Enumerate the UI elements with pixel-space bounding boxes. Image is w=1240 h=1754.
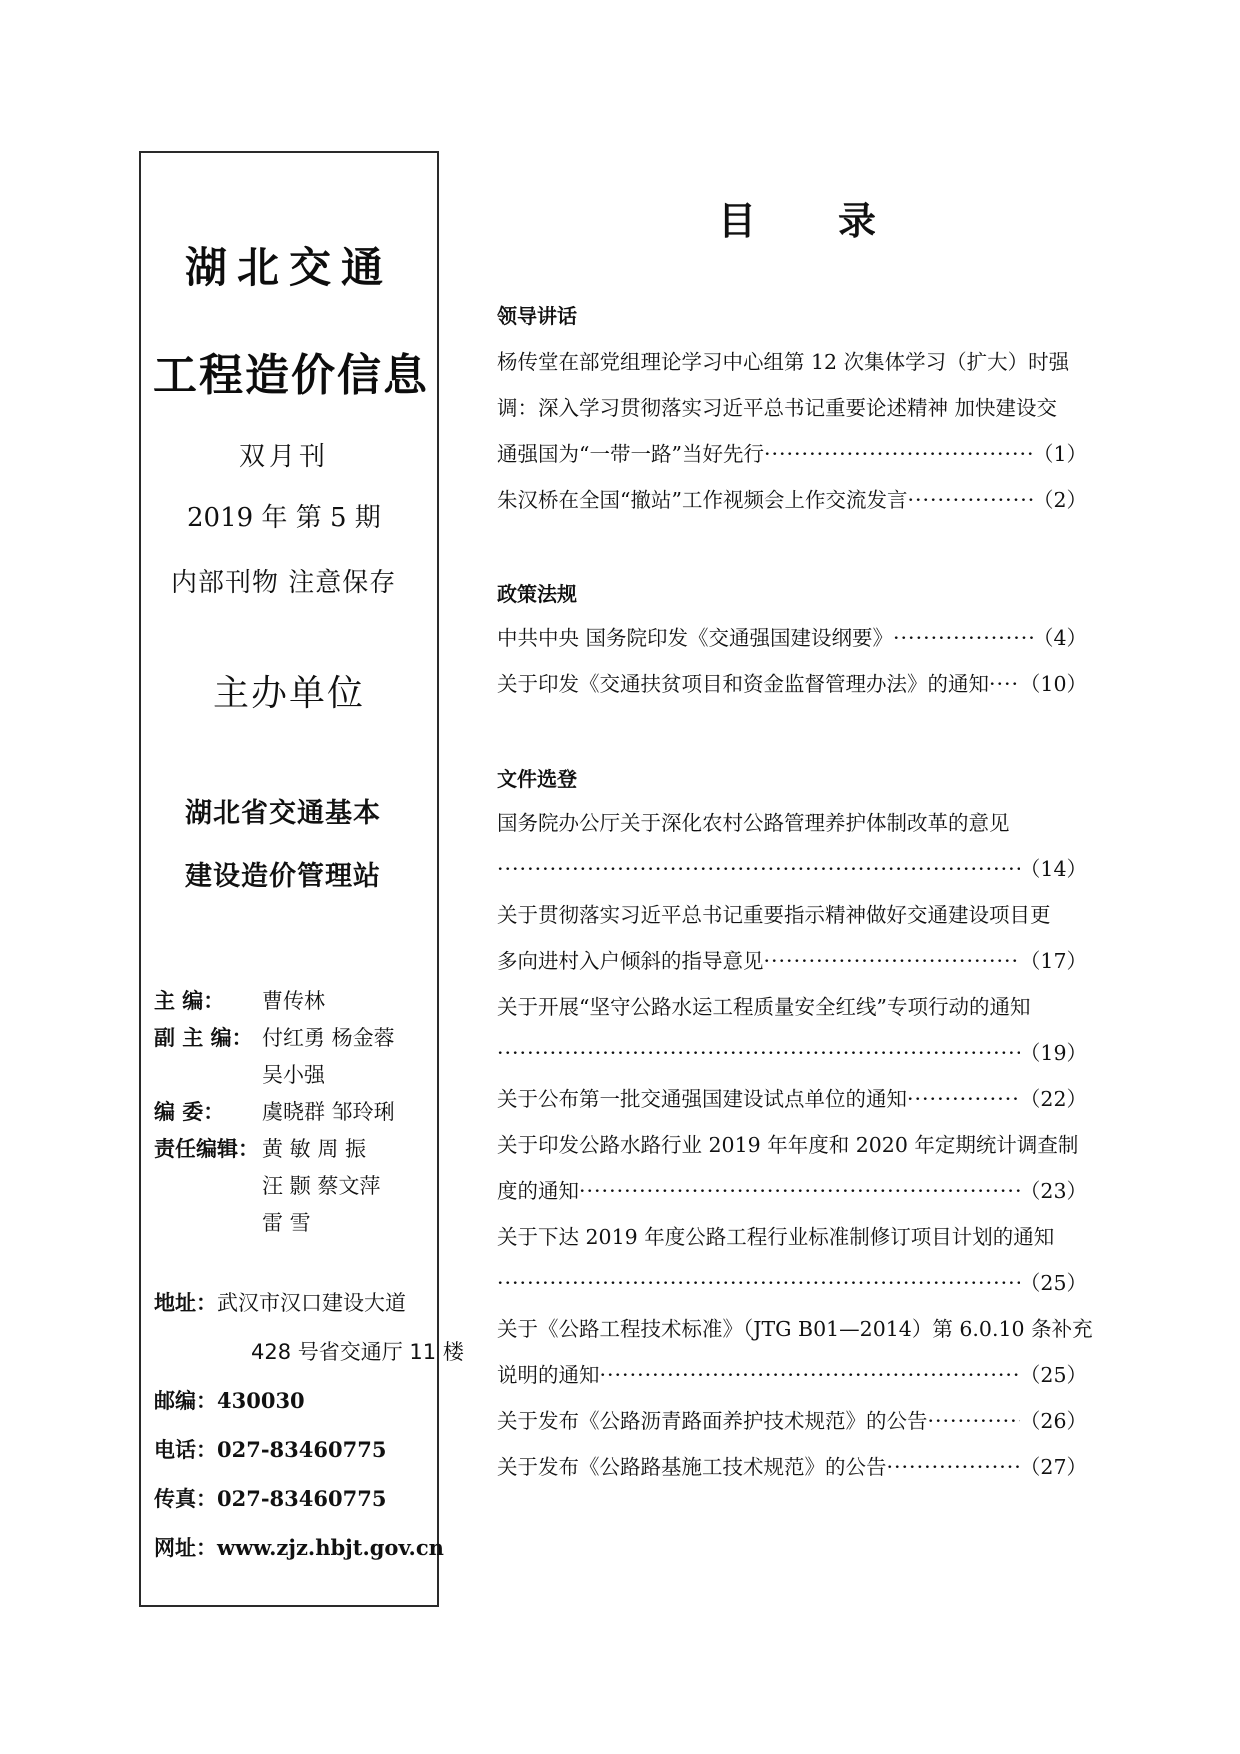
contact-label: 地址：	[154, 1291, 217, 1315]
toc-entry-cont[interactable]: 多向进村入户倾斜的指导意见（17）	[497, 944, 1087, 974]
toc-entry[interactable]: 国务院办公厅关于深化农村公路管理养护体制改革的意见	[497, 806, 1087, 836]
contact-website: 网址：www.zjz.hbjt.gov.cn	[154, 1532, 444, 1562]
contact-fax: 传真：027-83460775	[154, 1483, 386, 1513]
contact-label: 电话：	[154, 1438, 217, 1462]
toc-entry-cont[interactable]: （25）	[497, 1266, 1087, 1296]
page-number: （1）	[1033, 437, 1087, 467]
contact-address: 地址：武汉市汉口建设大道	[154, 1287, 406, 1317]
contact-label: 邮编：	[154, 1389, 217, 1413]
page-number: （17）	[1020, 944, 1087, 974]
leader-dots	[907, 488, 1032, 512]
staff-label: 副 主 编：	[154, 1022, 264, 1052]
staff-label: 责任编辑：	[154, 1133, 264, 1163]
leader-dots	[579, 1179, 1020, 1203]
toc-entry[interactable]: 关于发布《公路沥青路面养护技术规范》的公告（26）	[497, 1404, 1087, 1434]
publication-frequency: 双月刊	[239, 436, 329, 473]
leader-dots	[989, 672, 1020, 696]
page-number: （14）	[1020, 852, 1087, 882]
postcode-value: 430030	[217, 1388, 305, 1413]
leader-dots	[497, 1041, 1020, 1065]
journal-title-line2: 工程造价信息	[153, 339, 429, 403]
leader-dots	[497, 1271, 1020, 1295]
toc-entry[interactable]: 关于印发《交通扶贫项目和资金监督管理办法》的通知（10）	[497, 667, 1087, 697]
internal-notice: 内部刊物 注意保存	[171, 562, 396, 599]
toc-entry[interactable]: 关于下达 2019 年度公路工程行业标准制修订项目计划的通知	[497, 1220, 1087, 1250]
toc-entry-cont[interactable]: 调：深入学习贯彻落实习近平总书记重要论述精神 加快建设交	[497, 391, 1087, 421]
leader-dots	[764, 442, 1033, 466]
toc-entry[interactable]: 关于印发公路水路行业 2019 年年度和 2020 年定期统计调查制	[497, 1128, 1087, 1158]
toc-entry[interactable]: 杨传堂在部党组理论学习中心组第 12 次集体学习（扩大）时强	[497, 345, 1087, 375]
staff-value: 付红勇 杨金蓉	[262, 1022, 395, 1052]
page-number: （25）	[1020, 1266, 1087, 1296]
toc-entry-cont[interactable]: （14）	[497, 852, 1087, 882]
toc-entry-cont[interactable]: 通强国为“一带一路”当好先行（1）	[497, 437, 1087, 467]
toc-entry[interactable]: 关于贯彻落实习近平总书记重要指示精神做好交通建设项目更	[497, 898, 1087, 928]
contact-phone: 电话：027-83460775	[154, 1434, 386, 1464]
leader-dots	[887, 1455, 1020, 1479]
page-number: （4）	[1033, 621, 1087, 651]
page-number: （22）	[1020, 1082, 1087, 1112]
address-line2: 428 号省交通厅 11 楼	[251, 1340, 464, 1364]
contact-label: 传真：	[154, 1487, 217, 1511]
host-org-line2: 建设造价管理站	[185, 854, 381, 893]
section-heading-selected-documents: 文件选登	[497, 763, 577, 792]
contact-postcode: 邮编：430030	[154, 1385, 305, 1415]
leader-dots	[928, 1409, 1020, 1433]
staff-label: 主 编：	[154, 985, 264, 1015]
toc-entry-cont[interactable]: （19）	[497, 1036, 1087, 1066]
staff-value: 虞晓群 邹玲琍	[262, 1096, 395, 1126]
staff-value: 吴小强	[262, 1059, 325, 1089]
page-number: （10）	[1020, 667, 1087, 697]
toc-entry[interactable]: 关于开展“坚守公路水运工程质量安全红线”专项行动的通知	[497, 990, 1087, 1020]
page-number: （23）	[1020, 1174, 1087, 1204]
staff-value: 雷 雪	[262, 1207, 311, 1237]
page-number: （27）	[1020, 1450, 1087, 1480]
staff-label: 编 委：	[154, 1096, 264, 1126]
contact-address-cont: 428 号省交通厅 11 楼	[251, 1336, 464, 1366]
issue-number: 2019 年 第 5 期	[187, 497, 381, 534]
staff-value: 曹传林	[262, 985, 325, 1015]
staff-value: 汪 颢 蔡文萍	[262, 1170, 380, 1200]
contact-label: 网址：	[154, 1536, 217, 1560]
fax-value: 027-83460775	[217, 1486, 386, 1511]
leader-dots	[907, 1087, 1020, 1111]
toc-entry[interactable]: 关于公布第一批交通强国建设试点单位的通知（22）	[497, 1082, 1087, 1112]
phone-value: 027-83460775	[217, 1437, 386, 1462]
toc-entry[interactable]: 关于《公路工程技术标准》（JTG B01—2014）第 6.0.10 条补充	[497, 1312, 1087, 1342]
website-link[interactable]: www.zjz.hbjt.gov.cn	[217, 1535, 444, 1560]
page-number: （2）	[1033, 483, 1087, 513]
host-org-line1: 湖北省交通基本	[185, 791, 381, 830]
section-heading-policy-regulations: 政策法规	[497, 578, 577, 607]
toc-entry[interactable]: 关于发布《公路路基施工技术规范》的公告（27）	[497, 1450, 1087, 1480]
page-number: （25）	[1020, 1358, 1087, 1388]
toc-entry[interactable]: 中共中央 国务院印发《交通强国建设纲要》（4）	[497, 621, 1087, 651]
journal-title-line1: 湖北交通	[185, 235, 393, 295]
leader-dots	[764, 949, 1020, 973]
staff-value: 黄 敏 周 振	[262, 1133, 366, 1163]
leader-dots	[893, 626, 1033, 650]
toc-entry-cont[interactable]: 说明的通知（25）	[497, 1358, 1087, 1388]
leader-dots	[497, 857, 1020, 881]
toc-entry[interactable]: 朱汉桥在全国“撤站”工作视频会上作交流发言（2）	[497, 483, 1087, 513]
page-number: （26）	[1020, 1404, 1087, 1434]
masthead-box: 湖北交通 工程造价信息 双月刊 2019 年 第 5 期 内部刊物 注意保存 主…	[139, 151, 439, 1607]
toc-entry-cont[interactable]: 度的通知（23）	[497, 1174, 1087, 1204]
page-number: （19）	[1020, 1036, 1087, 1066]
section-heading-leader-speeches: 领导讲话	[497, 300, 577, 329]
address-line1: 武汉市汉口建设大道	[217, 1291, 406, 1315]
toc-title: 目录	[718, 190, 958, 245]
host-heading: 主办单位	[213, 665, 365, 716]
leader-dots	[600, 1363, 1020, 1387]
